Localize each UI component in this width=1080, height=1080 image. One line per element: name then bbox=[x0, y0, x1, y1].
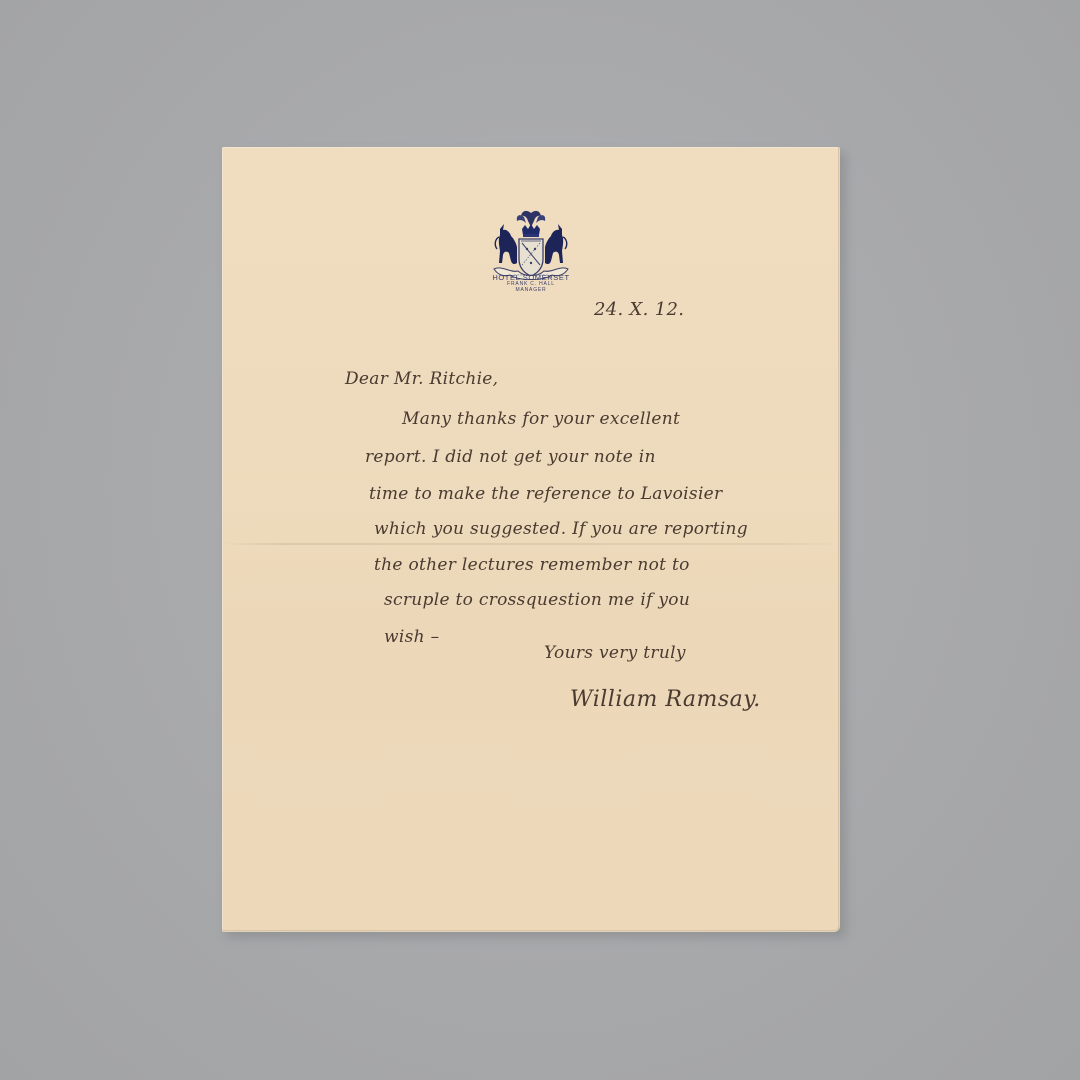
body-line: Many thanks for your excellent bbox=[402, 409, 680, 429]
letter-date: 24. X. 12. bbox=[594, 299, 684, 320]
signature: William Ramsay. bbox=[570, 687, 761, 712]
body-line: scruple to crossquestion me if you bbox=[384, 590, 690, 610]
body-line: report. I did not get your note in bbox=[365, 447, 656, 467]
salutation: Dear Mr. Ritchie, bbox=[345, 369, 498, 389]
body-line: the other lectures remember not to bbox=[374, 555, 690, 575]
body-line: time to make the reference to Lavoisier bbox=[369, 484, 722, 504]
fold-line bbox=[222, 543, 840, 545]
body-line: which you suggested. If you are reportin… bbox=[374, 519, 748, 539]
body-line: wish – bbox=[384, 627, 439, 647]
manager-title: MANAGER bbox=[476, 288, 586, 294]
letterhead-block: HOTEL SOMERSET FRANK C. HALL MANAGER bbox=[476, 274, 586, 293]
closing: Yours very truly bbox=[544, 643, 686, 663]
letter-paper: HOTEL SOMERSET FRANK C. HALL MANAGER 24.… bbox=[222, 147, 840, 932]
